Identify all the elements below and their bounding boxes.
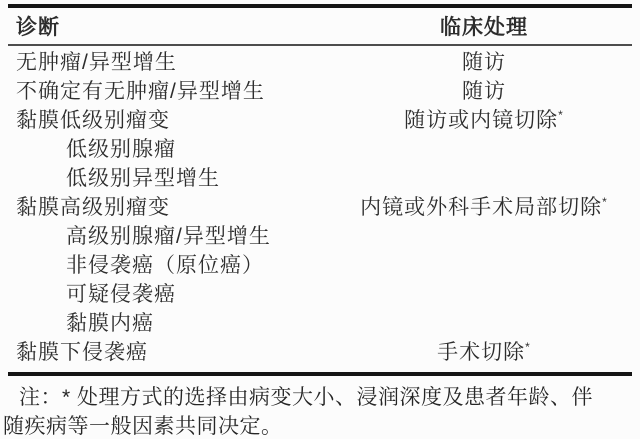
diagnosis-cell: 低级别异型增生 (0, 162, 378, 192)
footnote-line-1: 注：* 处理方式的选择由病变大小、浸润深度及患者年龄、伴 (3, 383, 637, 412)
table-page: 诊断 临床处理 无肿瘤/异型增生 随访 不确定有无肿瘤/异型增生 随访 黏膜低级… (0, 4, 640, 439)
diagnosis-cell: 不确定有无肿瘤/异型增生 (0, 75, 328, 105)
diagnosis-cell: 黏膜高级别瘤变 (0, 191, 328, 221)
treatment-asterisk: * (602, 195, 608, 209)
treatment-asterisk: * (525, 340, 531, 354)
treatment-text: 随访或内镜切除 (404, 109, 558, 132)
header-treatment: 临床处理 (328, 11, 640, 41)
treatment-cell: 随访或内镜切除* (328, 104, 640, 134)
diagnosis-cell: 低级别腺瘤 (0, 133, 378, 163)
footnote: 注：* 处理方式的选择由病变大小、浸润深度及患者年龄、伴 随疾病等一般因素共同决… (3, 383, 637, 439)
table-header-row: 诊断 临床处理 (0, 8, 640, 44)
footnote-line-2: 随疾病等一般因素共同决定。 (3, 412, 637, 439)
table-body: 无肿瘤/异型增生 随访 不确定有无肿瘤/异型增生 随访 黏膜低级别瘤变 随访或内… (0, 46, 640, 365)
table-row: 可疑侵袭癌 (0, 278, 640, 307)
treatment-cell: 随访 (328, 75, 640, 105)
treatment-text: 随访 (462, 80, 506, 103)
treatment-cell: 内镜或外科手术局部切除* (328, 191, 640, 221)
treatment-text: 内镜或外科手术局部切除 (360, 196, 602, 219)
diagnosis-cell: 黏膜下侵袭癌 (0, 336, 328, 366)
table-row: 不确定有无肿瘤/异型增生 随访 (0, 75, 640, 104)
table-row: 低级别腺瘤 (0, 133, 640, 162)
diagnosis-cell: 无肿瘤/异型增生 (0, 46, 328, 76)
header-diagnosis: 诊断 (0, 11, 328, 41)
treatment-text: 随访 (462, 51, 506, 74)
treatment-cell: 随访 (328, 46, 640, 76)
treatment-text: 手术切除 (437, 341, 525, 364)
table-row: 低级别异型增生 (0, 162, 640, 191)
treatment-cell: 手术切除* (328, 336, 640, 366)
table-row: 黏膜下侵袭癌 手术切除* (0, 336, 640, 365)
bottom-rule (8, 372, 632, 376)
diagnosis-cell: 黏膜内癌 (0, 307, 378, 337)
table-row: 无肿瘤/异型增生 随访 (0, 46, 640, 75)
table-row: 高级别腺瘤/异型增生 (0, 220, 640, 249)
diagnosis-cell: 可疑侵袭癌 (0, 278, 378, 308)
table-row: 非侵袭癌（原位癌） (0, 249, 640, 278)
diagnosis-cell: 非侵袭癌（原位癌） (0, 249, 378, 279)
diagnosis-cell: 高级别腺瘤/异型增生 (0, 220, 378, 250)
table-row: 黏膜低级别瘤变 随访或内镜切除* (0, 104, 640, 133)
treatment-asterisk: * (558, 108, 564, 122)
table-row: 黏膜内癌 (0, 307, 640, 336)
diagnosis-cell: 黏膜低级别瘤变 (0, 104, 328, 134)
table-row: 黏膜高级别瘤变 内镜或外科手术局部切除* (0, 191, 640, 220)
